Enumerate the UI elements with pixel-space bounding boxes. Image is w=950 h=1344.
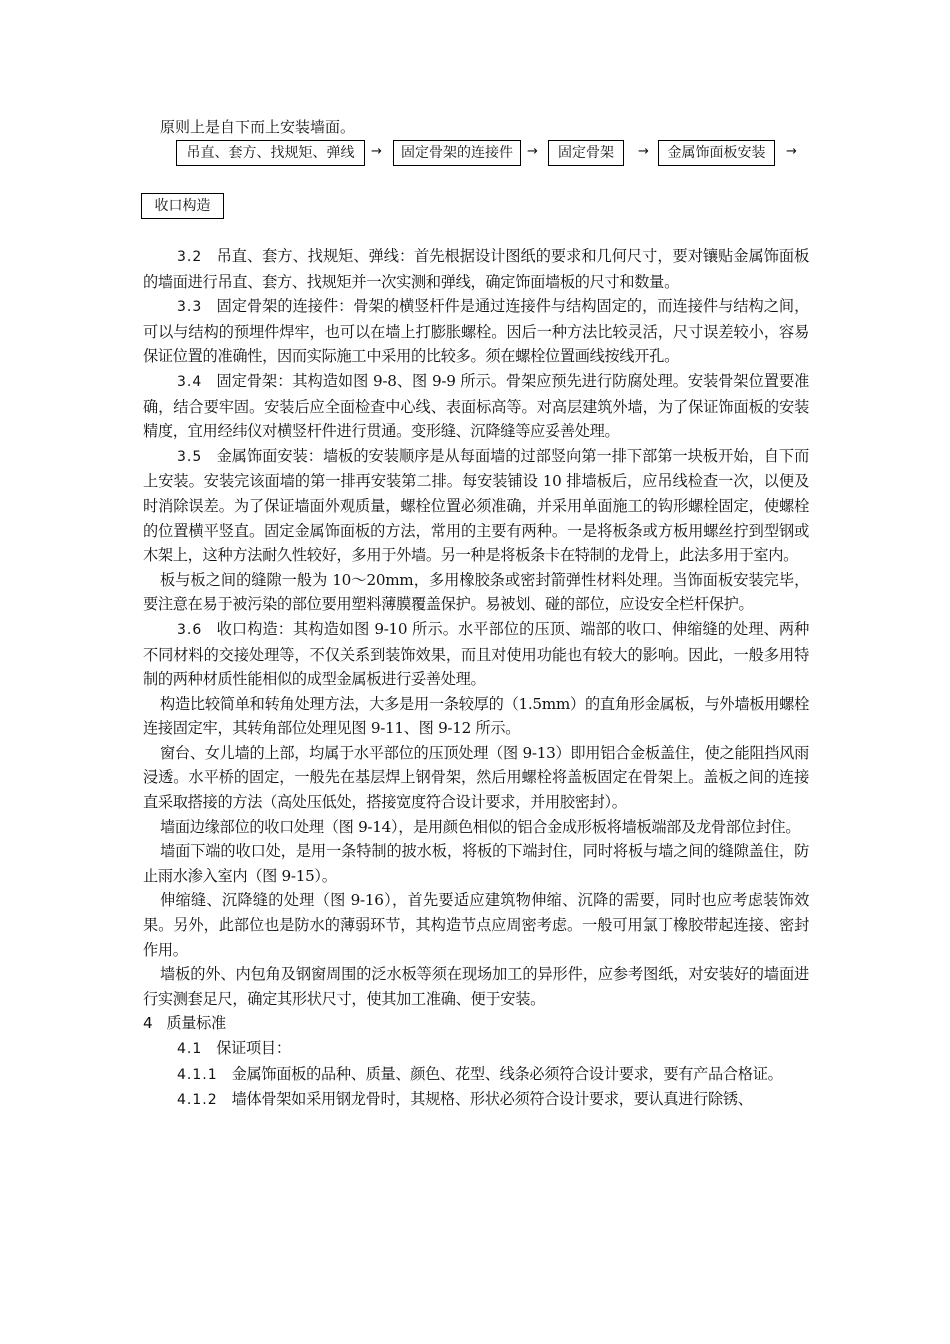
section-text: 固定骨架：其构造如图 9-8、图 9-9 所示。骨架应预先进行防腐处理。安装骨架… (143, 372, 809, 440)
section-3-5: 3.5金属饰面安装：墙板的安装顺序是从每面墙的过部竖向第一排下部第一块板开始，自… (143, 444, 809, 568)
section-3-3: 3.3固定骨架的连接件：骨架的横竖杆件是通过连接件与结构固定的，而连接件与结构之… (143, 294, 809, 369)
section-number: 3.3 (177, 299, 202, 315)
arrow-icon: → (527, 140, 538, 164)
item-text: 保证项目： (216, 1039, 290, 1057)
intro-line: 原则上是自下而上安装墙面。 (160, 117, 355, 137)
paragraph: 墙面下端的收口处，是用一条特制的披水板，将板的下端封住，同时将板与墙之间的缝隙盖… (143, 839, 809, 888)
arrow-icon: → (786, 140, 797, 164)
chapter-title: 质量标准 (166, 1014, 226, 1032)
flow-step-5: 收口构造 (141, 193, 224, 219)
paragraph: 窗台、女儿墙的上部，均属于水平部位的压顶处理（图 9-13）即用铝合金板盖住，使… (143, 741, 809, 815)
flow-step-2: 固定骨架的连接件 (393, 140, 521, 166)
section-number: 3.5 (177, 449, 202, 465)
item-text: 墙体骨架如采用钢龙骨时，其规格、形状必须符合设计要求，要认真进行除锈、 (232, 1090, 753, 1108)
flow-step-1: 吊直、套方、找规矩、弹线 (176, 140, 365, 166)
arrow-icon: → (638, 140, 649, 164)
section-text: 收口构造：其构造如图 9-10 所示。水平部位的压顶、端部的收口、伸缩缝的处理、… (143, 620, 809, 688)
flow-step-3: 固定骨架 (548, 140, 624, 166)
body-text: 3.2吊直、套方、找规矩、弹线：首先根据设计图纸的要求和几何尺寸，要对镶贴金属饰… (143, 244, 809, 1113)
arrow-icon: → (371, 140, 382, 164)
flow-step-4: 金属饰面板安装 (658, 140, 775, 166)
section-text: 固定骨架的连接件：骨架的横竖杆件是通过连接件与结构固定的，而连接件与结构之间，可… (143, 297, 809, 365)
section-text: 吊直、套方、找规矩、弹线：首先根据设计图纸的要求和几何尺寸，要对镶贴金属饰面板的… (143, 247, 809, 291)
section-3-6: 3.6收口构造：其构造如图 9-10 所示。水平部位的压顶、端部的收口、伸缩缝的… (143, 617, 809, 692)
section-3-4: 3.4固定骨架：其构造如图 9-8、图 9-9 所示。骨架应预先进行防腐处理。安… (143, 369, 809, 444)
paragraph: 墙面边缘部位的收口处理（图 9-14），是用颜色相似的铝合金成形板将墙板端部及龙… (143, 815, 809, 840)
item-4-1: 4.1保证项目： (143, 1036, 809, 1062)
item-number: 4.1.2 (177, 1092, 218, 1108)
item-number: 4.1 (177, 1041, 202, 1057)
paragraph: 构造比较简单和转角处理方法，大多是用一条较厚的（1.5mm）的直角形金属板，与外… (143, 692, 809, 741)
item-text: 金属饰面板的品种、质量、颜色、花型、线条必须符合设计要求，要有产品合格证。 (232, 1065, 783, 1083)
paragraph: 板与板之间的缝隙一般为 10～20mm，多用橡胶条或密封箭弹性材料处理。当饰面板… (143, 568, 809, 617)
section-3-2: 3.2吊直、套方、找规矩、弹线：首先根据设计图纸的要求和几何尺寸，要对镶贴金属饰… (143, 244, 809, 294)
chapter-number: 4 (143, 1014, 152, 1032)
paragraph: 伸缩缝、沉降缝的处理（图 9-16），首先要适应建筑物伸缩、沉降的需要，同时也应… (143, 888, 809, 962)
item-number: 4.1.1 (177, 1067, 218, 1083)
section-text: 金属饰面安装：墙板的安装顺序是从每面墙的过部竖向第一排下部第一块板开始，自下而上… (143, 447, 809, 564)
section-number: 3.6 (177, 622, 202, 638)
chapter-heading: 4质量标准 (143, 1011, 809, 1036)
section-number: 3.4 (177, 374, 202, 390)
item-4-1-2: 4.1.2墙体骨架如采用钢龙骨时，其规格、形状必须符合设计要求，要认真进行除锈、 (143, 1087, 809, 1113)
section-number: 3.2 (177, 249, 202, 265)
document-page: 原则上是自下而上安装墙面。 吊直、套方、找规矩、弹线 → 固定骨架的连接件 → … (0, 0, 950, 1344)
item-4-1-1: 4.1.1金属饰面板的品种、质量、颜色、花型、线条必须符合设计要求，要有产品合格… (143, 1062, 809, 1088)
paragraph: 墙板的外、内包角及钢窗周围的泛水板等须在现场加工的异形件，应参考图纸，对安装好的… (143, 962, 809, 1011)
